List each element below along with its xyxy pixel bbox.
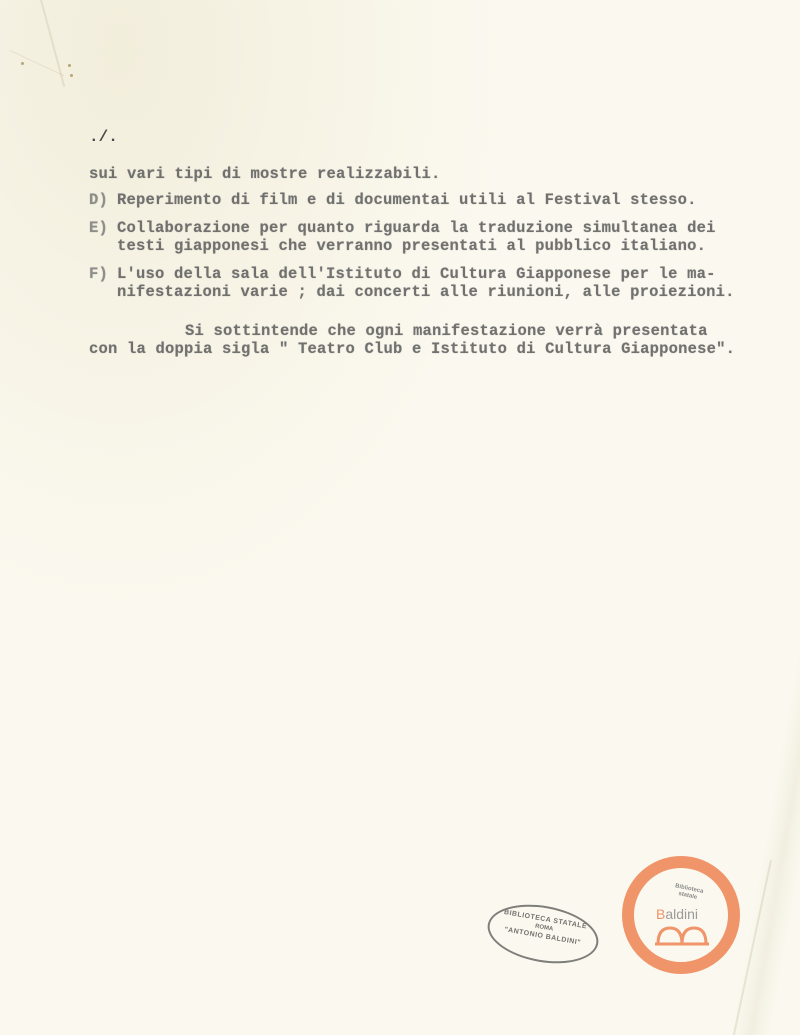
logo-small-text: Biblioteca statale: [673, 883, 704, 903]
item-d-text: Reperimento di film e di documentai util…: [117, 191, 697, 209]
document-page: ./. sui vari tipi di mostre realizzabili…: [0, 0, 800, 1035]
closing-line-2: con la doppia sigla " Teatro Club e Isti…: [89, 340, 735, 358]
logo-brand: Baldini: [656, 906, 698, 922]
paper-crease: [733, 860, 772, 1035]
logo-brand-rest: aldini: [665, 906, 698, 922]
library-stamp: BIBLIOTECA STATALE ROMA "ANTONIO BALDINI…: [483, 897, 603, 972]
item-e-text: Collaborazione per quanto riguarda la tr…: [117, 219, 716, 237]
item-f-text-cont: nifestazioni varie ; dai concerti alle r…: [117, 283, 735, 301]
item-f-text: L'uso della sala dell'Istituto di Cultur…: [117, 265, 716, 283]
continuation-mark: ./.: [89, 128, 118, 146]
item-e-text-cont: testi giapponesi che verranno presentati…: [117, 237, 706, 255]
paper-speck: [68, 64, 71, 67]
logo-brand-initial: B: [656, 906, 665, 922]
item-marker-e: E): [89, 219, 108, 237]
item-marker-f: F): [89, 265, 108, 283]
closing-line-1: Si sottintende che ogni manifestazione v…: [185, 322, 708, 340]
paper-speck: [21, 62, 24, 65]
item-marker-d: D): [89, 191, 108, 209]
open-book-icon: [654, 924, 710, 946]
paper-speck: [70, 74, 73, 77]
baldini-logo: Biblioteca statale Baldini: [622, 856, 740, 974]
body-line: sui vari tipi di mostre realizzabili.: [89, 165, 441, 183]
